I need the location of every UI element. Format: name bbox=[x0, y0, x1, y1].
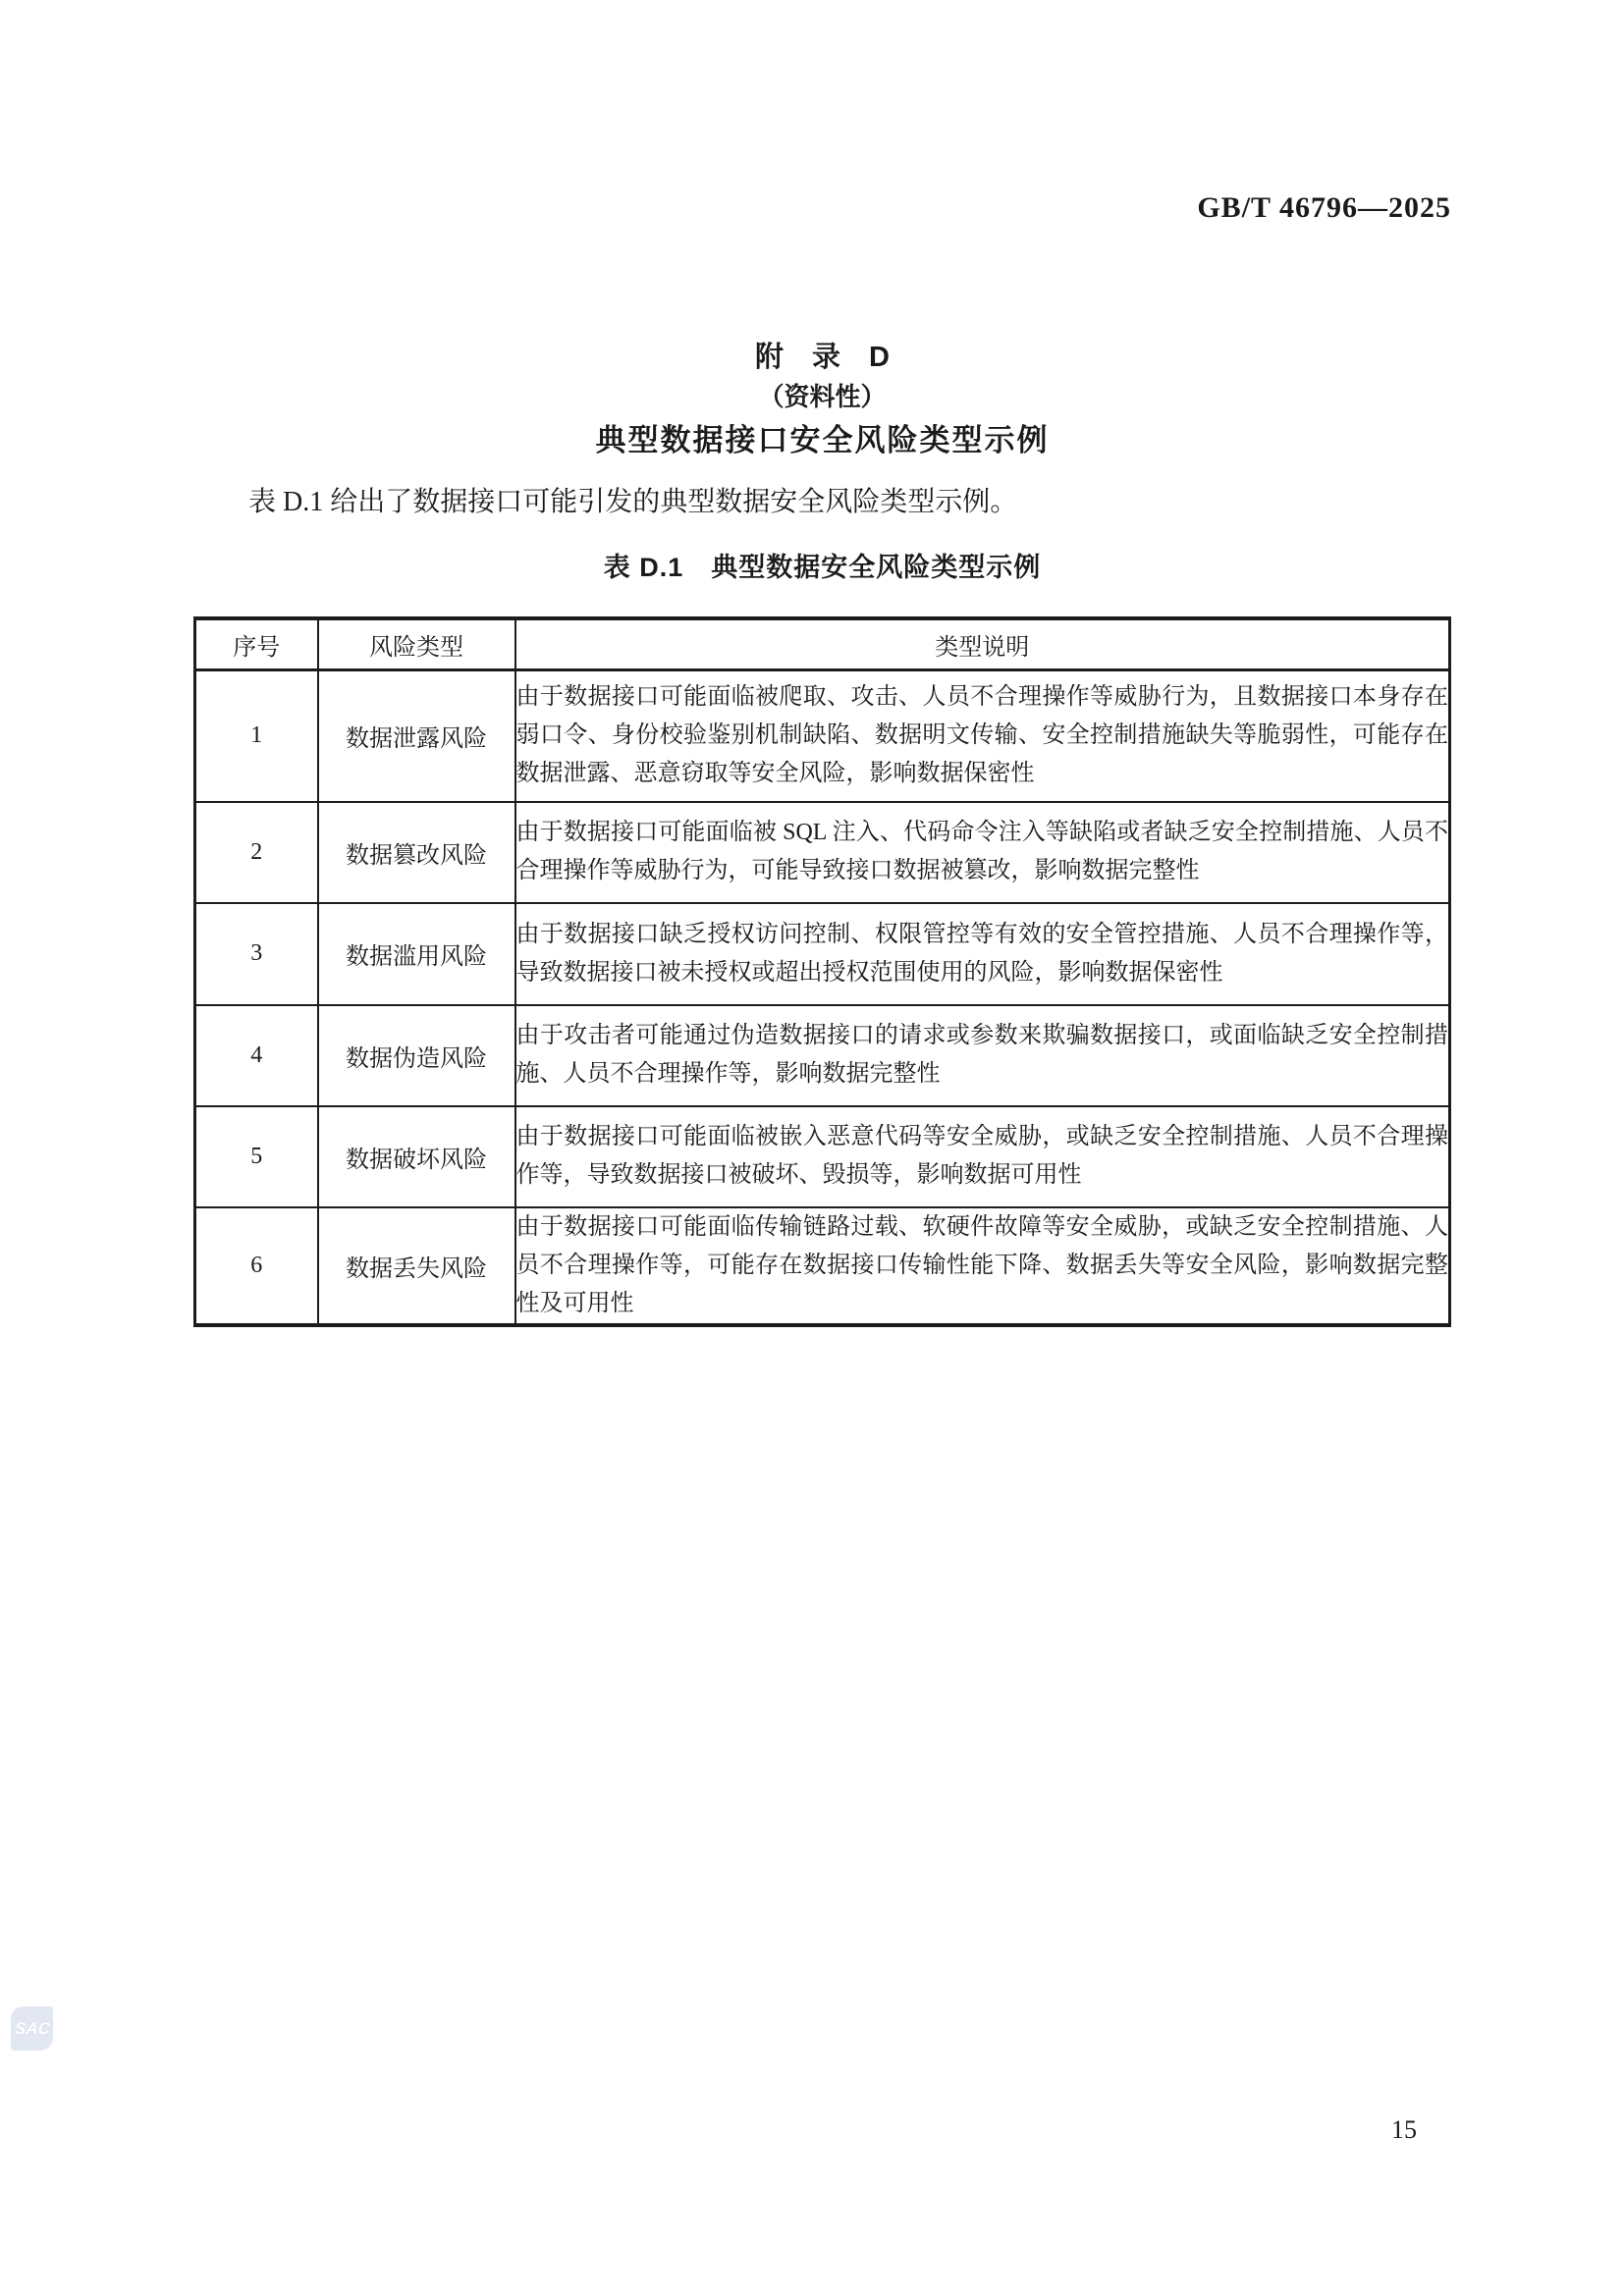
page-number: 15 bbox=[1375, 2115, 1434, 2145]
risk-type: 数据泄露风险 bbox=[318, 670, 515, 802]
intro-paragraph: 表 D.1 给出了数据接口可能引发的典型数据安全风险类型示例。 bbox=[193, 483, 1451, 522]
table-row: 1 数据泄露风险 由于数据接口可能面临被爬取、攻击、人员不合理操作等威胁行为，且… bbox=[195, 670, 1450, 802]
risk-type-table: 序号 风险类型 类型说明 1 数据泄露风险 由于数据接口可能面临被爬取、攻击、人… bbox=[193, 616, 1451, 1327]
risk-description: 由于数据接口可能面临被 SQL 注入、代码命令注入等缺陷或者缺乏安全控制措施、人… bbox=[515, 802, 1450, 903]
risk-type: 数据伪造风险 bbox=[318, 1005, 515, 1106]
appendix-subtitle: 典型数据接口安全风险类型示例 bbox=[193, 415, 1451, 459]
sac-watermark-logo: SAC bbox=[11, 2006, 53, 2051]
row-number: 3 bbox=[195, 903, 318, 1005]
risk-description: 由于数据接口可能面临被爬取、攻击、人员不合理操作等威胁行为，且数据接口本身存在弱… bbox=[515, 670, 1450, 802]
table-caption: 表 D.1 典型数据安全风险类型示例 bbox=[193, 546, 1451, 584]
sac-logo-text: SAC bbox=[13, 2019, 50, 2039]
document-page: { "page": { "doc_number": "GB/T 46796—20… bbox=[0, 0, 1624, 2296]
risk-description: 由于数据接口缺乏授权访问控制、权限管控等有效的安全管控措施、人员不合理操作等，导… bbox=[515, 903, 1450, 1005]
column-header-description: 类型说明 bbox=[515, 618, 1450, 670]
risk-type: 数据篡改风险 bbox=[318, 802, 515, 903]
row-number: 2 bbox=[195, 802, 318, 903]
table-header-row: 序号 风险类型 类型说明 bbox=[195, 618, 1450, 670]
table-row: 5 数据破坏风险 由于数据接口可能面临被嵌入恶意代码等安全威胁，或缺乏安全控制措… bbox=[195, 1106, 1450, 1207]
appendix-informative-label: （资料性） bbox=[193, 377, 1451, 413]
risk-type: 数据滥用风险 bbox=[318, 903, 515, 1005]
table-row: 3 数据滥用风险 由于数据接口缺乏授权访问控制、权限管控等有效的安全管控措施、人… bbox=[195, 903, 1450, 1005]
table-row: 4 数据伪造风险 由于攻击者可能通过伪造数据接口的请求或参数来欺骗数据接口，或面… bbox=[195, 1005, 1450, 1106]
risk-type: 数据丢失风险 bbox=[318, 1207, 515, 1325]
row-number: 5 bbox=[195, 1106, 318, 1207]
doc-number-header: GB/T 46796—2025 bbox=[193, 191, 1451, 225]
column-header-risk-type: 风险类型 bbox=[318, 618, 515, 670]
row-number: 6 bbox=[195, 1207, 318, 1325]
risk-type: 数据破坏风险 bbox=[318, 1106, 515, 1207]
table-row: 6 数据丢失风险 由于数据接口可能面临传输链路过载、软硬件故障等安全威胁，或缺乏… bbox=[195, 1207, 1450, 1325]
column-header-no: 序号 bbox=[195, 618, 318, 670]
risk-description: 由于数据接口可能面临传输链路过载、软硬件故障等安全威胁，或缺乏安全控制措施、人员… bbox=[515, 1207, 1450, 1325]
table-row: 2 数据篡改风险 由于数据接口可能面临被 SQL 注入、代码命令注入等缺陷或者缺… bbox=[195, 802, 1450, 903]
appendix-title: 附 录 D bbox=[193, 335, 1451, 375]
row-number: 1 bbox=[195, 670, 318, 802]
risk-description: 由于数据接口可能面临被嵌入恶意代码等安全威胁，或缺乏安全控制措施、人员不合理操作… bbox=[515, 1106, 1450, 1207]
risk-description: 由于攻击者可能通过伪造数据接口的请求或参数来欺骗数据接口，或面临缺乏安全控制措施… bbox=[515, 1005, 1450, 1106]
row-number: 4 bbox=[195, 1005, 318, 1106]
